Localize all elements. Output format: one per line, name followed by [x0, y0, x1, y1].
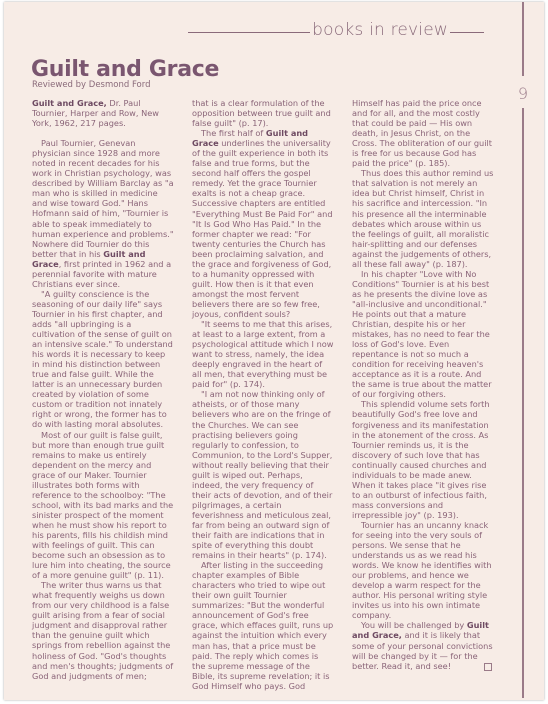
paragraph: Himself has paid the price once and for …: [352, 98, 494, 168]
header-rule-left: [188, 32, 310, 33]
paragraph: The first half of Guilt and Grace underl…: [192, 128, 334, 319]
book-info: Guilt and Grace, Dr. Paul Tournier, Harp…: [32, 98, 174, 128]
section-header: books in review: [188, 18, 484, 42]
article-title: Guilt and Grace: [31, 57, 219, 82]
paragraph: Most of our guilt is false guilt, but mo…: [32, 430, 174, 581]
section-label: books in review: [312, 20, 448, 40]
paragraph: The writer thus warns us that what frequ…: [32, 580, 174, 680]
paragraph: You will be challenged by Guilt and Grac…: [352, 620, 494, 670]
paragraph: This splendid volume sets forth beautifu…: [352, 399, 494, 520]
header-rule-right: [450, 32, 484, 33]
paragraph: "It seems to me that this arises, at lea…: [192, 319, 334, 389]
paragraph: After listing in the succeeding chapter …: [192, 560, 334, 691]
paragraph: "I am not now thinking only of atheists,…: [192, 389, 334, 560]
paragraph: Tournier has an uncanny knack for seeing…: [352, 520, 494, 620]
paragraph: that is a clear formulation of the oppos…: [192, 98, 334, 128]
column-1: Guilt and Grace, Dr. Paul Tournier, Harp…: [32, 98, 174, 691]
magazine-page: books in review 9 Guilt and Grace Review…: [4, 2, 544, 700]
paragraph: In his chapter "Love with No Conditions"…: [352, 269, 494, 400]
page-number: 9: [512, 84, 534, 103]
book-title: Guilt and Grace,: [32, 98, 107, 108]
article-body: Guilt and Grace, Dr. Paul Tournier, Harp…: [32, 98, 494, 691]
article-byline: Reviewed by Desmond Ford: [32, 80, 150, 90]
column-2: that is a clear formulation of the oppos…: [192, 98, 334, 691]
paragraph: "A guilty conscience is the seasoning of…: [32, 289, 174, 430]
paragraph: Thus does this author remind us that sal…: [352, 168, 494, 268]
column-3: Himself has paid the price once and for …: [352, 98, 494, 691]
side-rule-top: [522, 2, 524, 76]
paragraph: Paul Tournier, Genevan physician since 1…: [32, 138, 174, 289]
side-rule-bottom: [522, 108, 524, 698]
end-of-article-square-icon: [484, 663, 492, 671]
